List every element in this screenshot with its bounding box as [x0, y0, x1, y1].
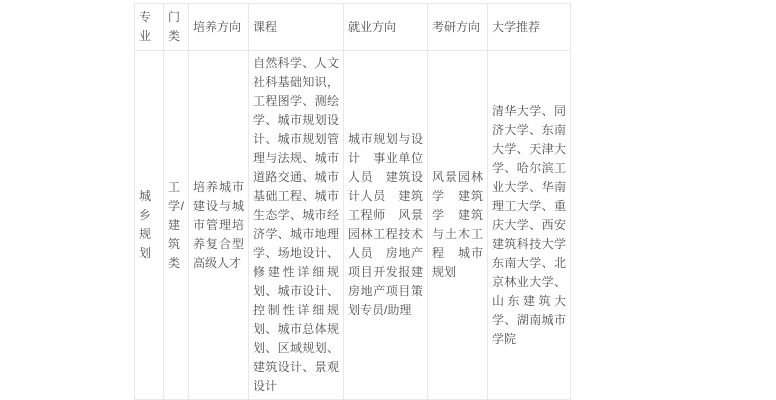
col-header-universities: 大学推荐 — [488, 4, 571, 51]
col-header-postgraduate: 考研方向 — [428, 4, 488, 51]
major-info-table-container: 专业 门类 培养方向 课程 就业方向 考研方向 大学推荐 城乡规划 工学/建筑类… — [134, 3, 571, 396]
major-info-table: 专业 门类 培养方向 课程 就业方向 考研方向 大学推荐 城乡规划 工学/建筑类… — [134, 3, 571, 396]
table-row: 城乡规划 工学/建筑类 培养城市建设与城市管理培养复合型高级人才 自然科学、人文… — [135, 51, 571, 397]
cell-courses: 自然科学、人文社科基础知识，工程图学、测绘学、城市规划设计、城市规划管理与法规、… — [249, 51, 344, 397]
cell-universities: 清华大学、同济大学、东南大学、天津大学、哈尔滨工业大学、华南理工大学、重庆大学、… — [488, 51, 571, 397]
cell-employment: 城市规划与设计 事业单位人员 建筑设计人员 建筑工程师 风景园林工程技术人员 房… — [344, 51, 428, 397]
cell-category: 工学/建筑类 — [164, 51, 189, 397]
col-header-employment: 就业方向 — [344, 4, 428, 51]
header-row: 专业 门类 培养方向 课程 就业方向 考研方向 大学推荐 — [135, 4, 571, 51]
cell-postgraduate: 风景园林学 建筑学 建筑与土木工程 城市规划 — [428, 51, 488, 397]
col-header-major: 专业 — [135, 4, 164, 51]
cell-major: 城乡规划 — [135, 51, 164, 397]
cell-direction: 培养城市建设与城市管理培养复合型高级人才 — [189, 51, 249, 397]
col-header-direction: 培养方向 — [189, 4, 249, 51]
col-header-category: 门类 — [164, 4, 189, 51]
col-header-courses: 课程 — [249, 4, 344, 51]
